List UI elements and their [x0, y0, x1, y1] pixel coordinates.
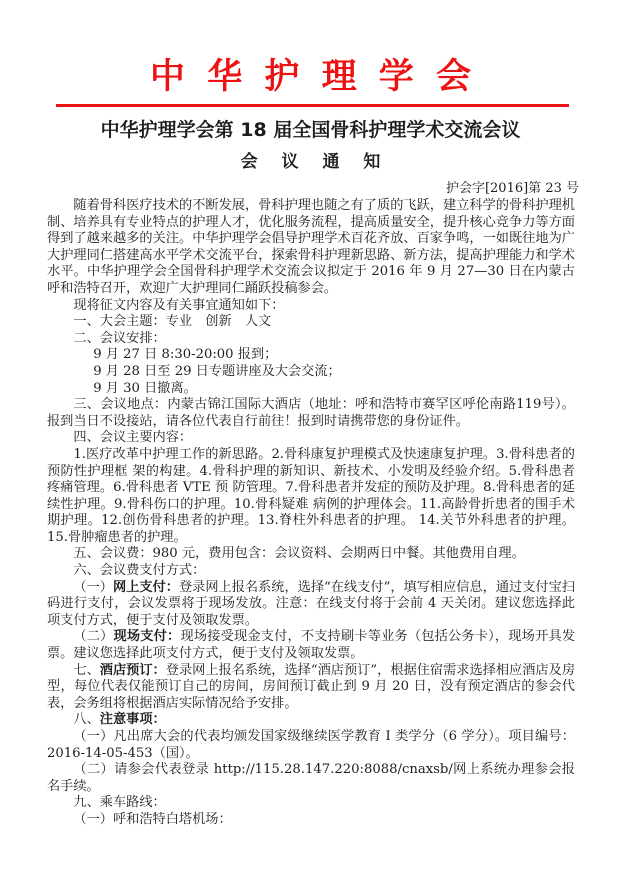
paragraph: 随着骨科医疗技术的不断发展，骨科护理也随之有了质的飞跃，建立科学的骨科护理机制、…: [47, 198, 575, 298]
organization-name: 中 华 护 理 学 会: [0, 56, 621, 98]
bold-text-run: 酒店预订：: [100, 663, 166, 678]
paragraph: 六、会议费支付方式：: [47, 563, 575, 580]
text-run: 一、大会主题：专业 创新 人文: [73, 314, 271, 329]
text-run: （一）: [73, 580, 113, 595]
notice-title: 会 议 通 知: [0, 151, 621, 173]
text-run: 六、会议费支付方式：: [73, 563, 205, 578]
text-run: 1.医疗改革中护理工作的新思路。2.骨科康复护理模式及快速康复护理。3.骨科患者…: [47, 447, 575, 545]
text-run: （一）呼和浩特白塔机场：: [73, 812, 231, 827]
paragraph: 一、大会主题：专业 创新 人文: [47, 314, 575, 331]
text-run: 9 月 30 日撤离。: [93, 381, 197, 396]
paragraph: 现将征文内容及有关事宜通知如下：: [47, 298, 575, 315]
document-body: 随着骨科医疗技术的不断发展，骨科护理也随之有了质的飞跃，建立科学的骨科护理机制、…: [47, 198, 575, 829]
text-run: 随着骨科医疗技术的不断发展，骨科护理也随之有了质的飞跃，建立科学的骨科护理机制、…: [47, 198, 575, 296]
text-run: （一）凡出席大会的代表均颁发国家级继续医学教育 I 类学分（6 学分）。项目编号…: [47, 729, 575, 761]
paragraph: （一）呼和浩特白塔机场：: [47, 812, 575, 829]
paragraph: 9 月 30 日撤离。: [93, 381, 575, 398]
text-run: 现将征文内容及有关事宜通知如下：: [73, 298, 284, 313]
paragraph: 七、酒店预订：登录网上报名系统，选择“酒店预订”，根据住宿需求选择相应酒店及房型…: [47, 663, 575, 713]
paragraph: （一）网上支付：登录网上报名系统，选择“在线支付”，填写相应信息，通过支付宝扫码…: [47, 580, 575, 630]
paragraph: 9 月 27 日 8:30-20:00 报到；: [93, 347, 575, 364]
paragraph: （一）凡出席大会的代表均颁发国家级继续医学教育 I 类学分（6 学分）。项目编号…: [47, 729, 575, 762]
bold-text-run: 注意事项：: [100, 712, 166, 727]
paragraph: 三、会议地点：内蒙古锦江国际大酒店（地址：呼和浩特市赛罕区呼伦南路119号）。报…: [47, 397, 575, 430]
doc-number: 护会字[2016]第 23 号: [0, 181, 579, 196]
notice-document: 中 华 护 理 学 会 中华护理学会第 18 届全国骨科护理学术交流会议 会 议…: [0, 0, 621, 878]
text-run: 五、会议费：980 元，费用包含：会议资料、会期两日中餐。其他费用自理。: [73, 546, 524, 561]
red-divider: [56, 104, 569, 107]
text-run: （二）请参会代表登录 http://115.28.147.220:8088/cn…: [47, 762, 575, 794]
paragraph: （二）现场支付：现场接受现金支付，不支持刷卡等业务（包括公务卡），现场开具发票。…: [47, 629, 575, 662]
bold-text-run: 现场支付：: [114, 629, 181, 644]
paragraph: 9 月 28 日至 29 日专题讲座及大会交流；: [93, 364, 575, 381]
conference-title: 中华护理学会第 18 届全国骨科护理学术交流会议: [0, 118, 621, 142]
text-run: 九、乘车路线：: [73, 795, 165, 810]
paragraph: 1.医疗改革中护理工作的新思路。2.骨科康复护理模式及快速康复护理。3.骨科患者…: [47, 447, 575, 547]
text-run: 9 月 27 日 8:30-20:00 报到；: [93, 347, 277, 362]
paragraph: （二）请参会代表登录 http://115.28.147.220:8088/cn…: [47, 762, 575, 795]
text-run: 9 月 28 日至 29 日专题讲座及大会交流；: [93, 364, 341, 379]
paragraph: 八、注意事项：: [47, 712, 575, 729]
paragraph: 二、会议安排：: [47, 331, 575, 348]
text-run: （二）: [73, 629, 113, 644]
text-run: 三、会议地点：内蒙古锦江国际大酒店（地址：呼和浩特市赛罕区呼伦南路119号）。报…: [47, 397, 575, 429]
text-run: 二、会议安排：: [73, 331, 165, 346]
paragraph: 五、会议费：980 元，费用包含：会议资料、会期两日中餐。其他费用自理。: [47, 546, 575, 563]
text-run: 四、会议主要内容：: [73, 430, 192, 445]
paragraph: 四、会议主要内容：: [47, 430, 575, 447]
paragraph: 九、乘车路线：: [47, 795, 575, 812]
bold-text-run: 网上支付：: [113, 580, 179, 595]
text-run: 七、: [73, 663, 99, 678]
text-run: 八、: [73, 712, 99, 727]
